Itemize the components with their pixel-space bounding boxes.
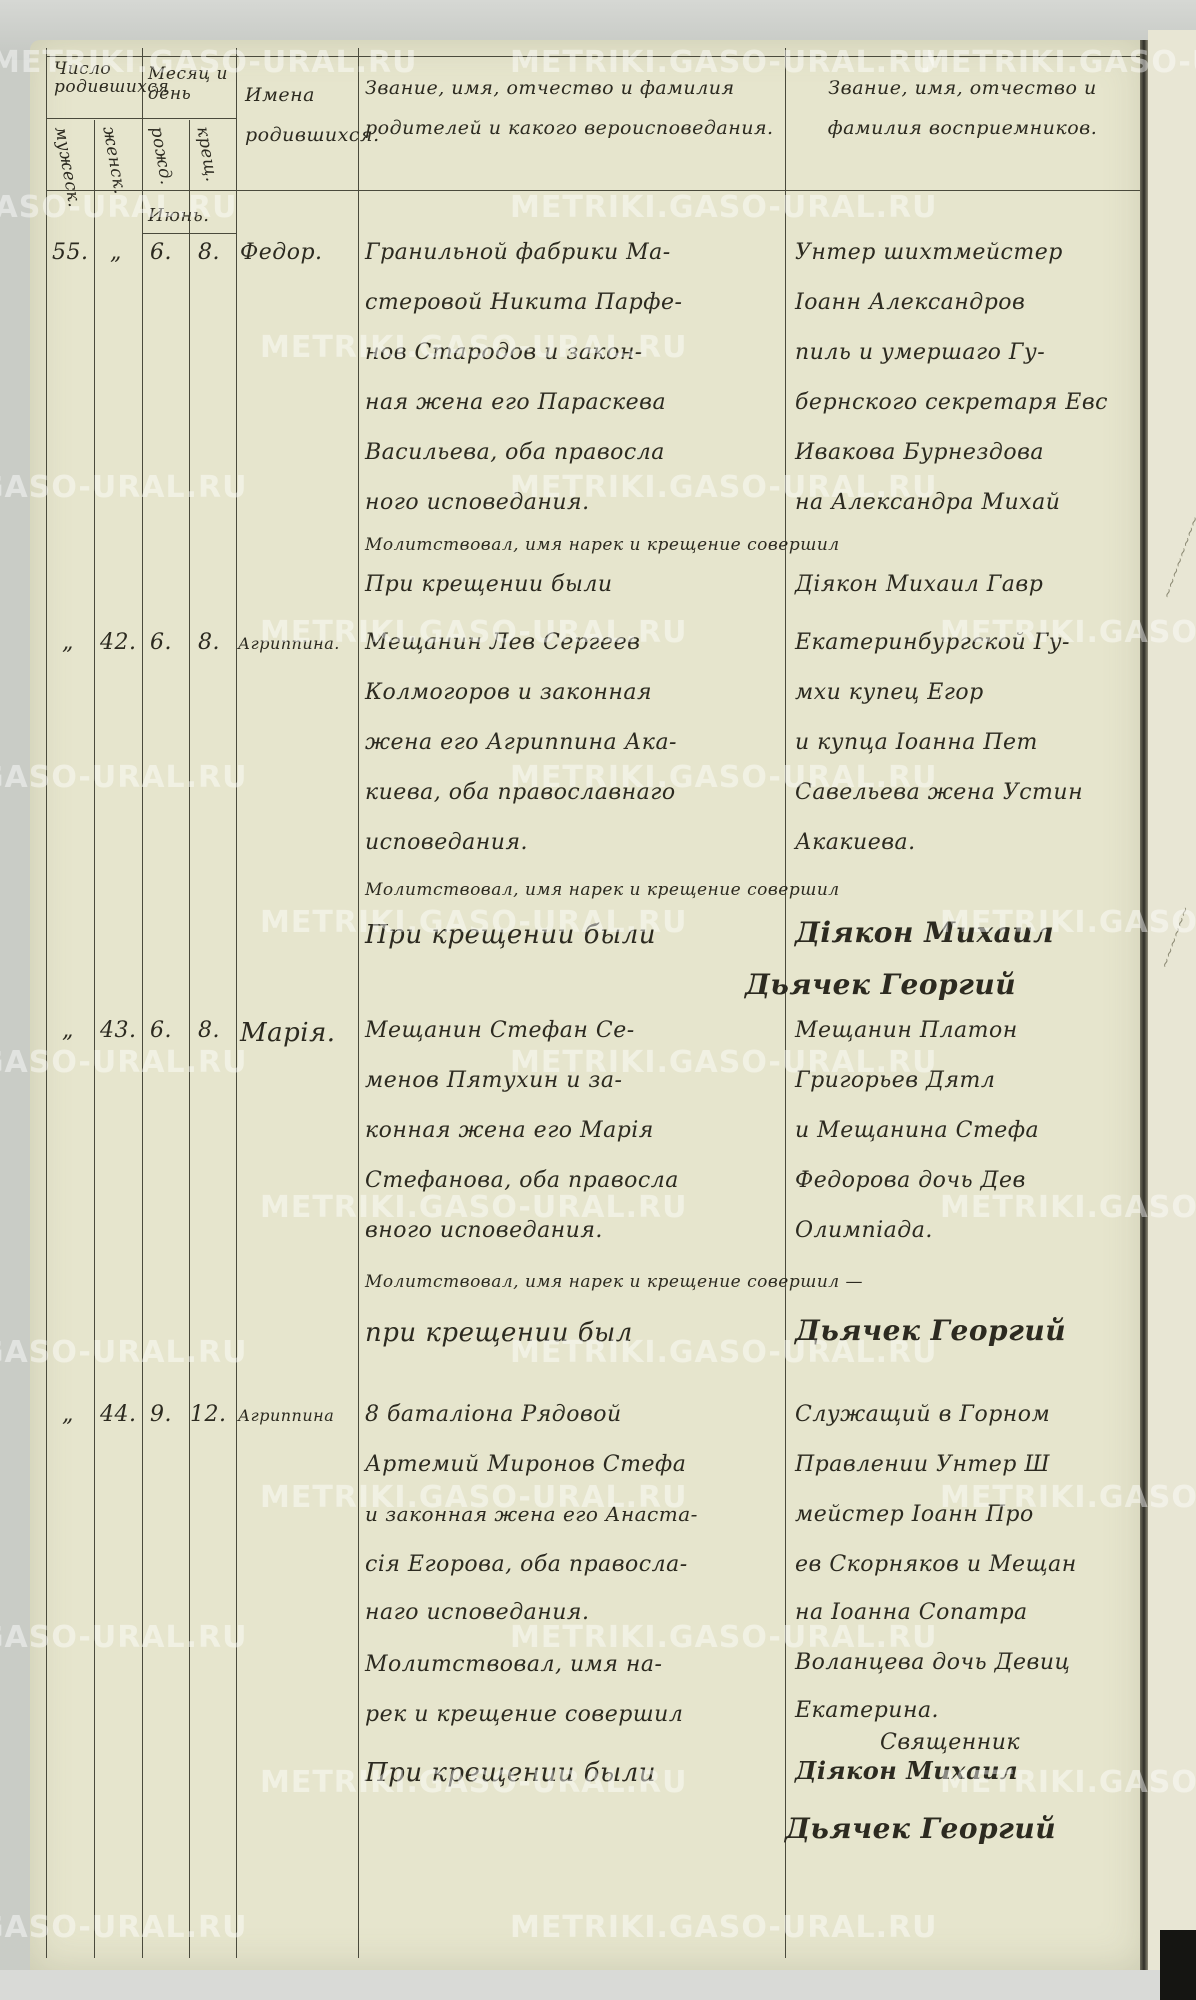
clergy-signature: Дьячек Георгий [795, 1314, 1066, 1347]
column-divider [236, 48, 237, 1958]
table-border-left [46, 48, 47, 1958]
parents-line: Колмогоров и законная [365, 680, 652, 705]
godparents-line: и купца Іоанна Пет [795, 730, 1038, 755]
godparents-line: пиль и умершаго Гу- [795, 340, 1045, 365]
godparents-line: Федорова дочь Дев [795, 1168, 1026, 1193]
parents-line: 8 баталіона Рядовой [365, 1402, 622, 1427]
godparents-line: и Мещанина Стефа [795, 1118, 1039, 1143]
present-label: При крещении были [365, 572, 613, 597]
table-border-top [46, 56, 1140, 57]
godparents-line: мейстер Іоанн Про [795, 1502, 1034, 1527]
parents-line: киева, оба православнаго [365, 780, 676, 805]
baptism-day: 8. [198, 630, 220, 655]
godparents-line: Унтер шихтмейстер [795, 240, 1063, 265]
prayer-note: рек и крещение совершил [365, 1702, 683, 1727]
baptism-day: 8. [198, 1018, 220, 1043]
godparents-line: Правлении Унтер Ш [795, 1452, 1050, 1477]
male-number: 55. [52, 240, 89, 265]
header-name: Имена родившихся. [245, 75, 355, 155]
parents-line: ная жена его Параскева [365, 390, 666, 415]
clergy-signature: Дьячек Георгий [785, 1812, 1056, 1845]
scanner-edge [1160, 1930, 1196, 2000]
birth-day: 6. [150, 240, 172, 265]
column-divider [358, 48, 359, 1958]
clergy-signature: Священник [880, 1730, 1020, 1755]
parents-line: исповедания. [365, 830, 528, 855]
godparents-line: Екатеринбургской Гу- [795, 630, 1070, 655]
child-name: Федор. [240, 240, 323, 265]
godparents-line: Воланцева дочь Девиц [795, 1650, 1070, 1675]
adjacent-page-edge: ~~~~~~~~ ~~~~~~ [1148, 30, 1196, 1990]
header-bottom-border [46, 190, 1140, 191]
column-divider [94, 120, 95, 1958]
parents-line: менов Пятухин и за- [365, 1068, 622, 1093]
godparents-line: Мещанин Платон [795, 1018, 1018, 1043]
column-divider [189, 120, 190, 1958]
column-divider [785, 48, 786, 1958]
godparents-line: Савельева жена Устин [795, 780, 1083, 805]
godparents-line: Екатерина. [795, 1698, 939, 1723]
parents-line: Гранильной фабрики Ма- [365, 240, 671, 265]
parents-line: Васильева, оба правосла [365, 440, 665, 465]
book-binding [1140, 40, 1148, 1970]
parents-line: вного исповедания. [365, 1218, 603, 1243]
birth-day: 9. [150, 1402, 172, 1427]
parents-line: жена его Агриппина Ака- [365, 730, 677, 755]
parents-line: конная жена его Марія [365, 1118, 654, 1143]
parents-line: Мещанин Стефан Се- [365, 1018, 635, 1043]
prayer-note: Молитствовал, имя нарек и крещение совер… [365, 535, 840, 555]
female-number: 43. [100, 1018, 137, 1043]
clergy-signature: Дьячек Георгий [745, 968, 1016, 1001]
male-number: „ [62, 630, 74, 655]
godparents-line: ев Скорняков и Мещан [795, 1552, 1077, 1577]
month-label: Июнь. [148, 205, 209, 226]
present-label: при крещении был [365, 1318, 633, 1348]
month-divider [142, 233, 236, 234]
prayer-note: Молитствовал, имя на- [365, 1652, 662, 1677]
parents-line: сія Егорова, оба правосла- [365, 1552, 688, 1577]
parents-line: наго исповедания. [365, 1600, 589, 1625]
parents-line: стеровой Никита Парфе- [365, 290, 682, 315]
birth-day: 6. [150, 630, 172, 655]
present-label: При крещении были [365, 1758, 656, 1788]
parents-line: Мещанин Лев Сергеев [365, 630, 640, 655]
godparents-line: Іоанн Александров [795, 290, 1025, 315]
birth-day: 6. [150, 1018, 172, 1043]
parents-line: Артемий Миронов Стефа [365, 1452, 686, 1477]
prayer-note: Молитствовал, имя нарек и крещение совер… [365, 880, 840, 900]
godparents-line: на Александра Михай [795, 490, 1060, 515]
female-number: „ [110, 240, 122, 265]
parents-line: Стефанова, оба правосла [365, 1168, 679, 1193]
godparents-line: Григорьев Дятл [795, 1068, 995, 1093]
female-number: 42. [100, 630, 137, 655]
header-godparents: Звание, имя, отчество и фамилия восприем… [795, 68, 1130, 148]
godparents-line: бернского секретаря Евс [795, 390, 1108, 415]
header-sub-divider [46, 118, 236, 119]
header-parents: Звание, имя, отчество и фамилия родителе… [365, 68, 780, 148]
male-number: „ [62, 1402, 74, 1427]
child-name: Агриппина. [238, 634, 340, 653]
godparents-line: на Іоанна Сопатра [795, 1600, 1028, 1625]
clergy-signature: Діякон Михаил [795, 916, 1054, 949]
godparents-line: Служащий в Горном [795, 1402, 1050, 1427]
female-number: 44. [100, 1402, 137, 1427]
child-name: Марія. [240, 1018, 336, 1048]
prayer-note: Молитствовал, имя нарек и крещение совер… [365, 1272, 863, 1292]
document-page [30, 40, 1145, 1970]
parents-line: и законная жена его Анаста- [365, 1502, 698, 1526]
clergy-signature: Діякон Михаил Гавр [795, 572, 1043, 597]
child-name: Агриппина [238, 1406, 334, 1425]
header-births-count: Число родившихся [54, 60, 94, 96]
godparents-line: Олимпіада. [795, 1218, 933, 1243]
male-number: „ [62, 1018, 74, 1043]
baptism-day: 8. [198, 240, 220, 265]
scan-background-bottom [0, 1970, 1196, 2000]
parents-line: ного исповедания. [365, 490, 590, 515]
godparents-line: мхи купец Егор [795, 680, 984, 705]
parents-line: нов Стародов и закон- [365, 340, 643, 365]
baptism-day: 12. [190, 1402, 227, 1427]
clergy-signature: Діякон Михаил [795, 1756, 1018, 1785]
column-divider [142, 48, 143, 1958]
present-label: При крещении были [365, 920, 656, 950]
godparents-line: Акакиева. [795, 830, 916, 855]
header-month-day: Месяц и день [148, 64, 228, 104]
godparents-line: Ивакова Бурнездова [795, 440, 1044, 465]
